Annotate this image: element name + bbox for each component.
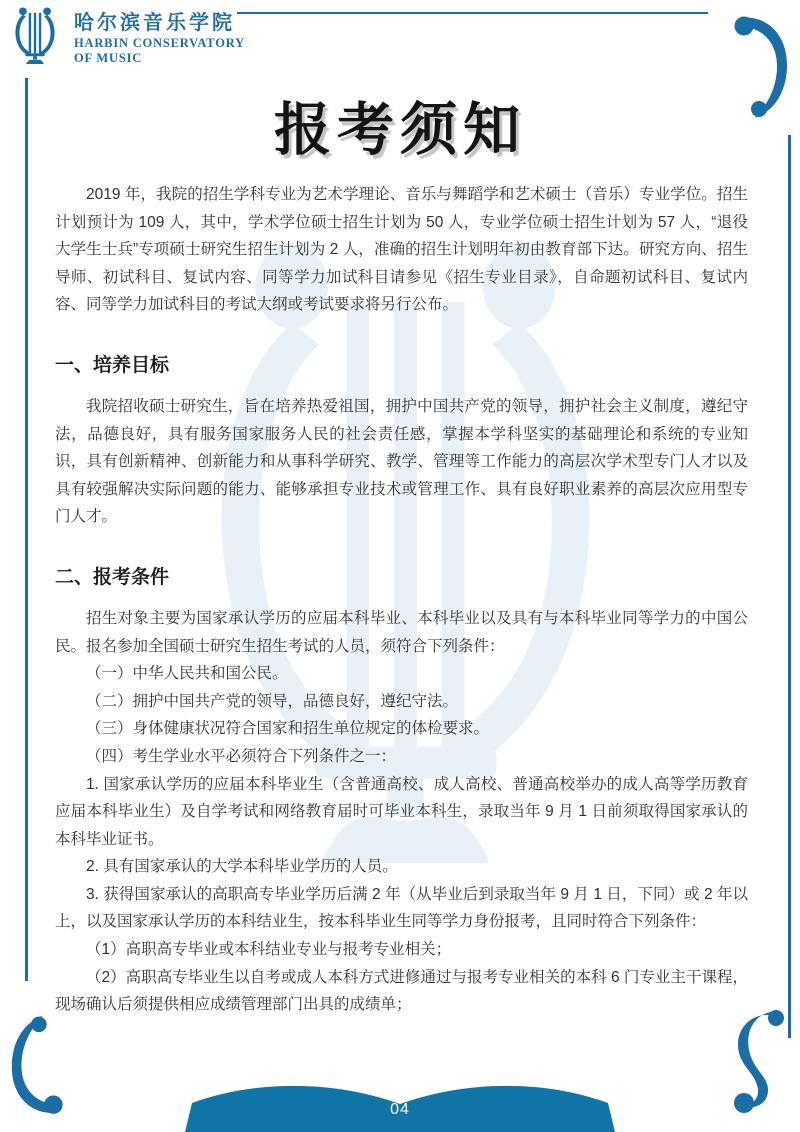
top-horizontal-rule (237, 12, 708, 14)
condition-item-1: （一）中华人民共和国公民。 (55, 660, 748, 688)
school-name-cn: 哈尔滨音乐学院 (74, 10, 245, 36)
condition-item-3: （三）身体健康状况符合国家和招生单位规定的体检要求。 (55, 715, 748, 743)
lyre-logo-icon (8, 6, 62, 64)
document-body: 2019 年，我院的招生学科专业为艺术学理论、音乐与舞蹈学和艺术硕士（音乐）专业… (55, 181, 748, 1019)
academic-item-3: 3. 获得国家承认的高职高专毕业学历后满 2 年（从毕业后到录取当年 9 月 1… (55, 881, 748, 936)
header: 哈尔滨音乐学院 HARBIN CONSERVATORY OF MUSIC (8, 6, 245, 66)
academic-item-2: 2. 具有国家承认的大学本科毕业学历的人员。 (55, 853, 748, 881)
document-page: 哈尔滨音乐学院 HARBIN CONSERVATORY OF MUSIC 报考须… (0, 0, 800, 1132)
school-name-en-line1: HARBIN CONSERVATORY (74, 36, 245, 51)
intro-paragraph: 2019 年，我院的招生学科专业为艺术学理论、音乐与舞蹈学和艺术硕士（音乐）专业… (55, 181, 748, 319)
page-number: 04 (0, 1101, 800, 1119)
conditions-intro-paragraph: 招生对象主要为国家承认学历的应届本科毕业、本科毕业以及具有与本科毕业同等学力的中… (55, 605, 748, 660)
right-vertical-rule (788, 135, 791, 1038)
academic-subitem-1: （1）高职高专毕业或本科结业专业与报考专业相关； (55, 936, 748, 964)
condition-item-2: （二）拥护中国共产党的领导，品德良好，遵纪守法。 (55, 688, 748, 716)
section-heading-application-conditions: 二、报考条件 (55, 565, 748, 591)
school-name-en-line2: OF MUSIC (74, 51, 245, 66)
left-vertical-rule (25, 78, 28, 981)
page-title: 报考须知 (0, 84, 800, 166)
academic-item-1: 1. 国家承认学历的应届本科毕业生（含普通高校、成人高校、普通高校举办的成人高等… (55, 771, 748, 854)
section-heading-training-goal: 一、培养目标 (55, 353, 748, 379)
condition-item-4: （四）考生学业水平必须符合下列条件之一： (55, 743, 748, 771)
academic-subitem-2: （2）高职高专毕业生以自考或成人本科方式进修通过与报考专业相关的本科 6 门专业… (55, 964, 748, 1019)
school-name-block: 哈尔滨音乐学院 HARBIN CONSERVATORY OF MUSIC (74, 6, 245, 66)
training-goal-paragraph: 我院招收硕士研究生，旨在培养热爱祖国，拥护中国共产党的领导，拥护社会主义制度，遵… (55, 393, 748, 531)
